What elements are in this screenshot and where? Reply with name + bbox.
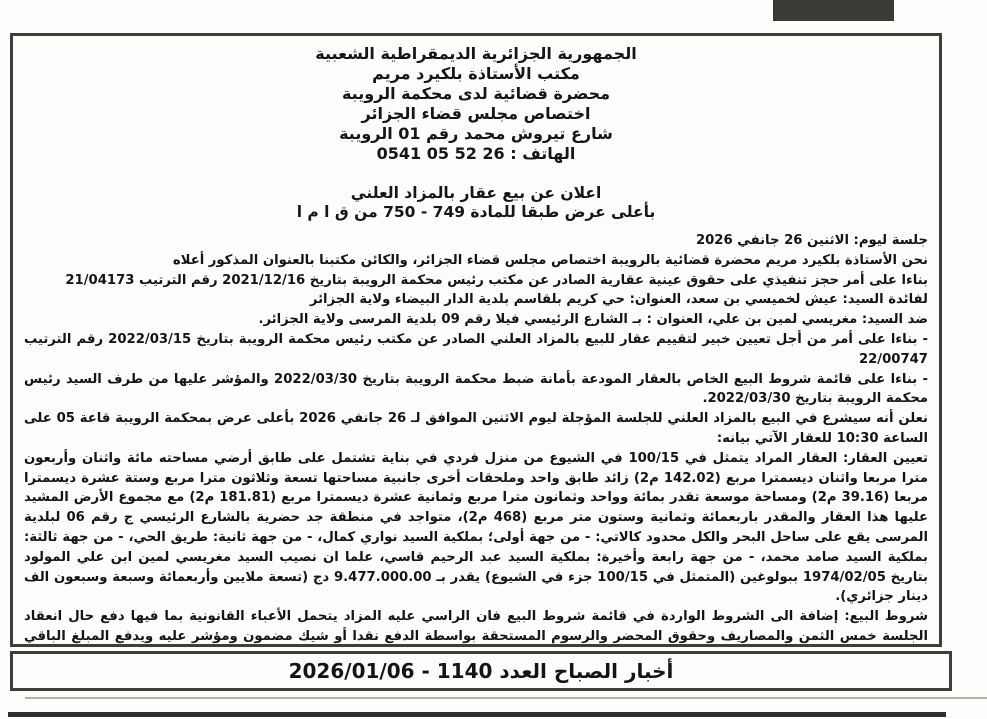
document-page: الجمهورية الجزائرية الديمقراطية الشعبية …	[10, 33, 942, 647]
newspaper-issue-text: أخبار الصباح العدد 1140 - 2026/01/06	[289, 659, 674, 683]
newspaper-banner: أخبار الصباح العدد 1140 - 2026/01/06	[10, 651, 952, 691]
announcement-title: اعلان عن بيع عقار بالمزاد العلني	[13, 184, 939, 203]
scanned-newspaper-page: { "colors": { "ink": "#141414", "border"…	[0, 0, 987, 719]
office-name: مكتب الأستاذة بلكيرد مريم	[13, 64, 939, 84]
beneficiary-line: لفائدة السيد: عيش لخميسي بن سعد، العنوان…	[24, 290, 928, 310]
office-address: شارع تيروش محمد رقم 01 الرويبة	[13, 124, 939, 144]
jurisdiction-line: اختصاص مجلس قضاء الجزائر	[13, 104, 939, 124]
bailiff-title: محضرة قضائية لدى محكمة الرويبة	[13, 84, 939, 104]
session-date-line: جلسة ليوم: الاثنين 26 جانفي 2026	[24, 231, 928, 251]
announcement-title-block: اعلان عن بيع عقار بالمزاد العلني بأعلى ع…	[13, 184, 939, 222]
next-section-border	[8, 712, 946, 717]
bailiff-intro-line: نحن الأستاذة بلكيرد مريم محضرة قضائية با…	[24, 251, 928, 271]
announcement-body: جلسة ليوم: الاثنين 26 جانفي 2026 نحن الأ…	[24, 231, 928, 647]
expert-order-line: - بناءا على أمر من أجل تعيين خبير لتقييم…	[24, 330, 928, 370]
seizure-order-line: بناءا على أمر حجز تنفيذي على حقوق عينية …	[24, 271, 928, 291]
office-phone: الهاتف : 26 52 05 0541	[13, 144, 939, 164]
announcement-subtitle: بأعلى عرض طبقا للمادة 749 - 750 من ق ا م…	[13, 203, 939, 222]
office-header: الجمهورية الجزائرية الديمقراطية الشعبية …	[13, 44, 939, 164]
defendant-line: ضد السيد: مغريسي لمين بن علي، العنوان : …	[24, 310, 928, 330]
sale-terms: شروط البيع: إضافة الى الشروط الواردة في …	[24, 607, 928, 647]
auction-session-line: نعلن أنه سيشرع في البيع بالمزاد العلني ل…	[24, 409, 928, 449]
scan-edge-line	[25, 697, 987, 699]
republic-title: الجمهورية الجزائرية الديمقراطية الشعبية	[13, 44, 939, 64]
property-description: تعيين العقار: العقار المراد يتمثل في 100…	[24, 449, 928, 607]
scan-artifact-mark	[773, 0, 894, 21]
sale-conditions-deposit-line: - بناءا على قائمة شروط البيع الخاص بالعق…	[24, 370, 928, 410]
